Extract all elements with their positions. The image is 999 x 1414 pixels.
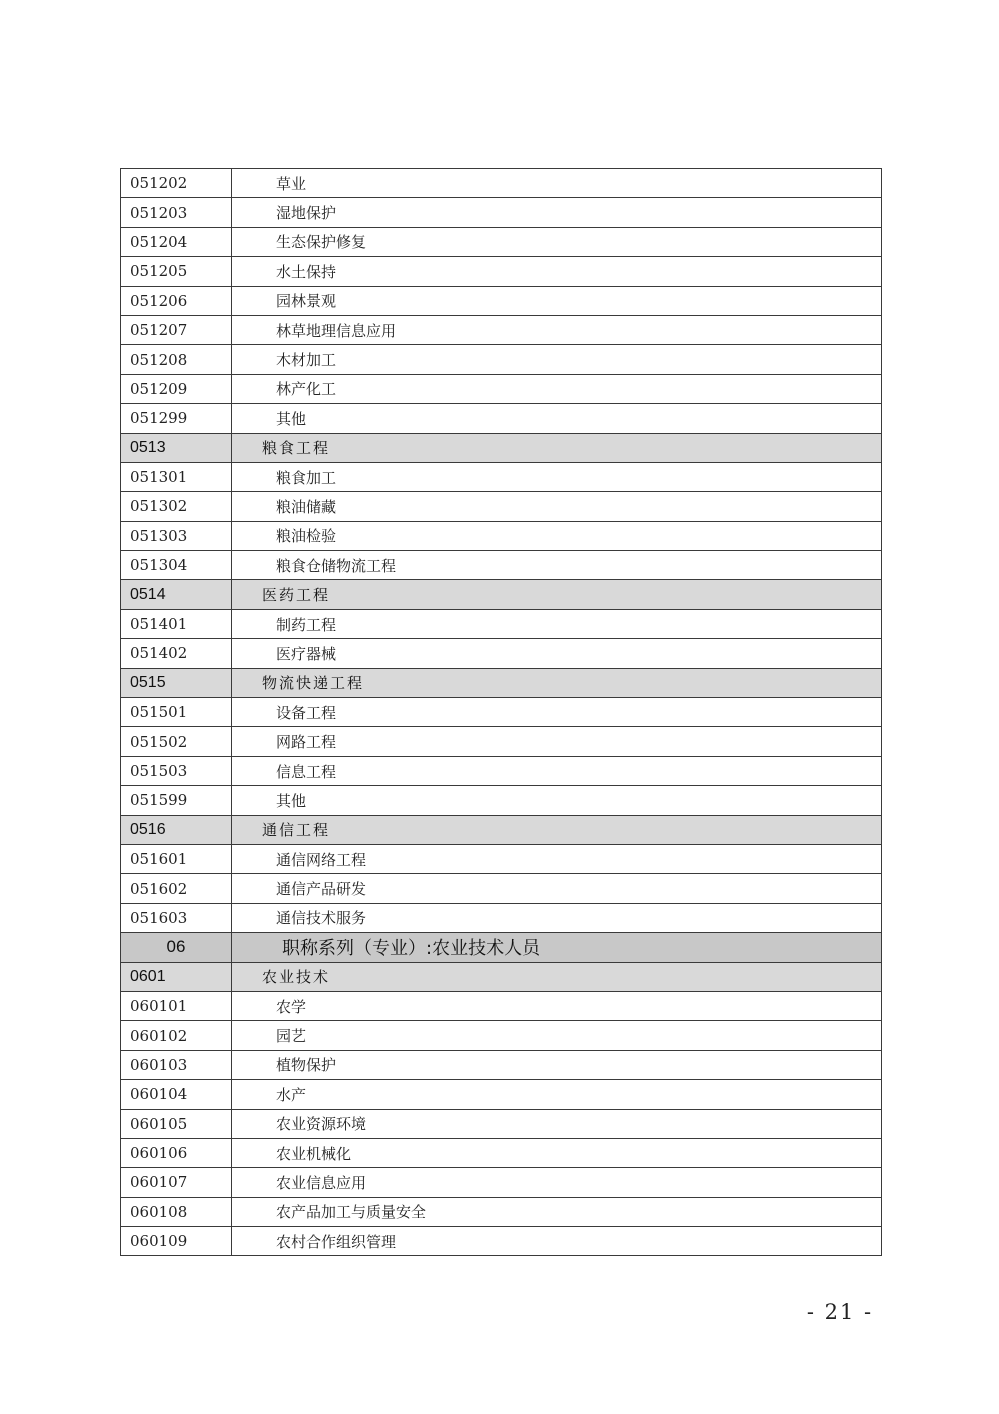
table-row: 051502网路工程 <box>121 727 882 756</box>
name-cell: 医药工程 <box>232 580 882 609</box>
code-cell: 060106 <box>121 1138 232 1167</box>
code-cell: 051301 <box>121 462 232 491</box>
table-row: 060103植物保护 <box>121 1050 882 1079</box>
code-cell: 060102 <box>121 1021 232 1050</box>
category-header-row: 0516通信工程 <box>121 815 882 844</box>
table-row: 051302粮油储藏 <box>121 492 882 521</box>
catalog-table-body: 051202草业051203湿地保护051204生态保护修复051205水土保持… <box>121 169 882 1256</box>
code-cell: 0601 <box>121 962 232 991</box>
code-cell: 051208 <box>121 345 232 374</box>
table-row: 051601通信网络工程 <box>121 844 882 873</box>
table-row: 051402医疗器械 <box>121 639 882 668</box>
table-row: 051301粮食加工 <box>121 462 882 491</box>
code-cell: 051402 <box>121 639 232 668</box>
table-row: 060105农业资源环境 <box>121 1109 882 1138</box>
name-cell: 农学 <box>232 991 882 1020</box>
name-cell: 医疗器械 <box>232 639 882 668</box>
code-cell: 051501 <box>121 698 232 727</box>
table-row: 060108农产品加工与质量安全 <box>121 1197 882 1226</box>
name-cell: 农产品加工与质量安全 <box>232 1197 882 1226</box>
name-cell: 通信产品研发 <box>232 874 882 903</box>
table-row: 051501设备工程 <box>121 698 882 727</box>
name-cell: 信息工程 <box>232 756 882 785</box>
name-cell: 粮食加工 <box>232 462 882 491</box>
name-cell: 职称系列（专业）:农业技术人员 <box>232 933 882 962</box>
code-cell: 0516 <box>121 815 232 844</box>
name-cell: 制药工程 <box>232 609 882 638</box>
name-cell: 通信工程 <box>232 815 882 844</box>
code-cell: 051599 <box>121 786 232 815</box>
table-row: 051208木材加工 <box>121 345 882 374</box>
series-header-row: 06职称系列（专业）:农业技术人员 <box>121 933 882 962</box>
code-cell: 0515 <box>121 668 232 697</box>
name-cell: 粮油储藏 <box>232 492 882 521</box>
code-cell: 051205 <box>121 257 232 286</box>
code-cell: 051602 <box>121 874 232 903</box>
name-cell: 其他 <box>232 786 882 815</box>
code-cell: 051601 <box>121 844 232 873</box>
name-cell: 农村合作组织管理 <box>232 1227 882 1256</box>
name-cell: 通信网络工程 <box>232 844 882 873</box>
code-cell: 051304 <box>121 551 232 580</box>
name-cell: 草业 <box>232 169 882 198</box>
table-row: 051206园林景观 <box>121 286 882 315</box>
category-header-row: 0515物流快递工程 <box>121 668 882 697</box>
name-cell: 植物保护 <box>232 1050 882 1079</box>
table-row: 060107农业信息应用 <box>121 1168 882 1197</box>
name-cell: 园林景观 <box>232 286 882 315</box>
table-row: 051204生态保护修复 <box>121 227 882 256</box>
code-cell: 051203 <box>121 198 232 227</box>
code-cell: 051209 <box>121 374 232 403</box>
table-row: 051599其他 <box>121 786 882 815</box>
name-cell: 农业机械化 <box>232 1138 882 1167</box>
document-page: 051202草业051203湿地保护051204生态保护修复051205水土保持… <box>0 0 999 1414</box>
code-cell: 051299 <box>121 404 232 433</box>
code-cell: 051303 <box>121 521 232 550</box>
name-cell: 木材加工 <box>232 345 882 374</box>
code-cell: 051502 <box>121 727 232 756</box>
table-row: 060104水产 <box>121 1080 882 1109</box>
category-header-row: 0601农业技术 <box>121 962 882 991</box>
table-row: 051209林产化工 <box>121 374 882 403</box>
table-row: 051602通信产品研发 <box>121 874 882 903</box>
code-cell: 060109 <box>121 1227 232 1256</box>
name-cell: 其他 <box>232 404 882 433</box>
name-cell: 园艺 <box>232 1021 882 1050</box>
name-cell: 物流快递工程 <box>232 668 882 697</box>
code-cell: 051207 <box>121 315 232 344</box>
code-cell: 06 <box>121 933 232 962</box>
page-number: - 21 - <box>800 1300 880 1324</box>
specialty-catalog-table: 051202草业051203湿地保护051204生态保护修复051205水土保持… <box>120 168 882 1256</box>
category-header-row: 0514医药工程 <box>121 580 882 609</box>
table-row: 051202草业 <box>121 169 882 198</box>
code-cell: 060107 <box>121 1168 232 1197</box>
name-cell: 湿地保护 <box>232 198 882 227</box>
name-cell: 农业资源环境 <box>232 1109 882 1138</box>
name-cell: 生态保护修复 <box>232 227 882 256</box>
name-cell: 农业技术 <box>232 962 882 991</box>
code-cell: 051401 <box>121 609 232 638</box>
table-row: 060106农业机械化 <box>121 1138 882 1167</box>
table-row: 051603通信技术服务 <box>121 903 882 932</box>
table-row: 060102园艺 <box>121 1021 882 1050</box>
table-row: 051303粮油检验 <box>121 521 882 550</box>
table-row: 051203湿地保护 <box>121 198 882 227</box>
name-cell: 水土保持 <box>232 257 882 286</box>
name-cell: 林草地理信息应用 <box>232 315 882 344</box>
code-cell: 060105 <box>121 1109 232 1138</box>
name-cell: 粮食工程 <box>232 433 882 462</box>
name-cell: 水产 <box>232 1080 882 1109</box>
name-cell: 农业信息应用 <box>232 1168 882 1197</box>
code-cell: 060108 <box>121 1197 232 1226</box>
table-row: 051207林草地理信息应用 <box>121 315 882 344</box>
code-cell: 051202 <box>121 169 232 198</box>
table-row: 051503信息工程 <box>121 756 882 785</box>
table-row: 051304粮食仓储物流工程 <box>121 551 882 580</box>
code-cell: 051603 <box>121 903 232 932</box>
code-cell: 060103 <box>121 1050 232 1079</box>
category-header-row: 0513粮食工程 <box>121 433 882 462</box>
table-row: 051299其他 <box>121 404 882 433</box>
code-cell: 060104 <box>121 1080 232 1109</box>
name-cell: 粮油检验 <box>232 521 882 550</box>
name-cell: 粮食仓储物流工程 <box>232 551 882 580</box>
code-cell: 0514 <box>121 580 232 609</box>
code-cell: 051302 <box>121 492 232 521</box>
name-cell: 林产化工 <box>232 374 882 403</box>
table-row: 060101农学 <box>121 991 882 1020</box>
name-cell: 网路工程 <box>232 727 882 756</box>
code-cell: 0513 <box>121 433 232 462</box>
code-cell: 051206 <box>121 286 232 315</box>
code-cell: 051503 <box>121 756 232 785</box>
table-row: 060109农村合作组织管理 <box>121 1227 882 1256</box>
name-cell: 通信技术服务 <box>232 903 882 932</box>
table-row: 051205水土保持 <box>121 257 882 286</box>
code-cell: 060101 <box>121 991 232 1020</box>
code-cell: 051204 <box>121 227 232 256</box>
name-cell: 设备工程 <box>232 698 882 727</box>
table-row: 051401制药工程 <box>121 609 882 638</box>
